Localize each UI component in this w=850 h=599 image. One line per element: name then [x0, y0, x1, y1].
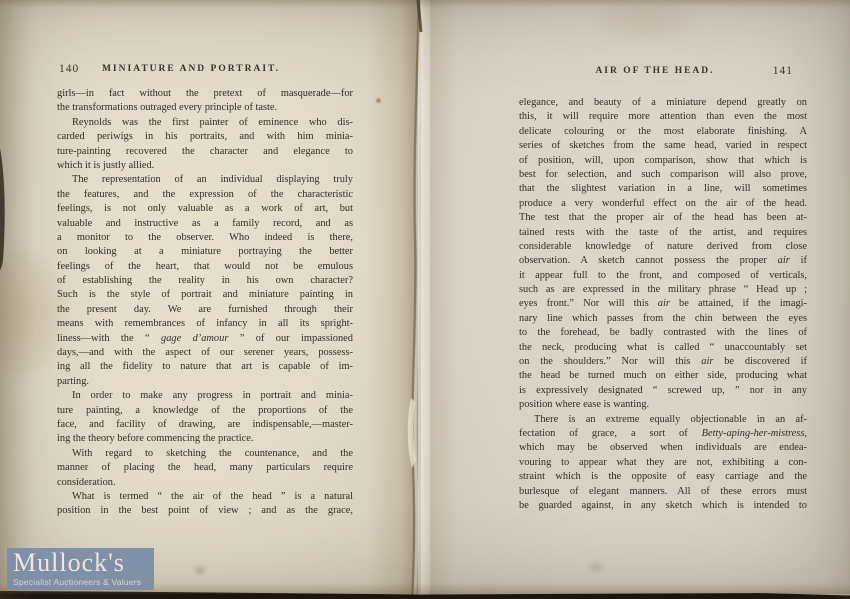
- text-line: nary line which passes from the chin bet…: [519, 312, 807, 326]
- text-line: means with remembrances of infancy in al…: [57, 317, 353, 331]
- text-line: position where ease is wanting.: [519, 398, 807, 412]
- text-line: to the forehead, be badly contrasted wit…: [519, 326, 807, 340]
- text-line: In order to make any progress in portrai…: [57, 389, 353, 403]
- text-line: ture painting, a knowledge of the propor…: [57, 404, 353, 418]
- text-line: parting.: [57, 375, 353, 389]
- text-line: this, it will require more attention tha…: [519, 110, 807, 124]
- text-block-left: girls—in fact without the pretext of mas…: [57, 87, 353, 519]
- text-line: What is termed “ the air of the head ” i…: [57, 490, 353, 504]
- edge-shade-left: [0, 0, 34, 599]
- text-line: straint which is the opposite of easy ca…: [519, 470, 807, 484]
- text-line: consideration.: [57, 476, 353, 490]
- running-head-right: AIR OF THE HEAD. 141: [519, 66, 807, 76]
- text-line: Such is the style of portrait and miniat…: [57, 288, 353, 302]
- text-line: ing the theory before commencing the pra…: [57, 432, 353, 446]
- text-line: The representation of an individual disp…: [57, 173, 353, 187]
- watermark-subtitle: Specialist Auctioneers & Valuers: [13, 577, 154, 587]
- running-title-left: MINIATURE AND PORTRAIT.: [102, 64, 280, 74]
- text-line: of position, will, upon comparison, show…: [519, 154, 807, 168]
- page-right: AIR OF THE HEAD. 141 elegance, and beaut…: [416, 0, 850, 599]
- text-line: The test that the proper air of the head…: [519, 211, 807, 225]
- text-line: days,—and with the aspect of our serener…: [57, 346, 353, 360]
- text-line: girls—in fact without the pretext of mas…: [57, 87, 353, 101]
- text-line: the neck, producing what is called “ una…: [519, 341, 807, 355]
- book-photo: 140 MINIATURE AND PORTRAIT. girls—in fac…: [0, 0, 850, 599]
- text-line: ture-painting recovered the character an…: [57, 145, 353, 159]
- text-line: observation. A sketch cannot possess the…: [519, 254, 807, 268]
- text-line: manner of placing the head, many particu…: [57, 461, 353, 475]
- text-line: considerable knowledge of nature derived…: [519, 240, 807, 254]
- text-line: feelings, is not only valuable as a work…: [57, 202, 353, 216]
- edge-shade-top: [0, 0, 850, 8]
- text-line: carded periwigs in his portraits, and wi…: [57, 130, 353, 144]
- book-gutter-shadow: [366, 0, 418, 599]
- text-line: position in the best point of view ; and…: [57, 504, 353, 518]
- text-line: burlesque of elegant manners. All of the…: [519, 485, 807, 499]
- text-line: Reynolds was the first painter of eminen…: [57, 116, 353, 130]
- text-block-right: elegance, and beauty of a miniature depe…: [519, 96, 807, 513]
- text-line: feelings of the heart, that would not be…: [57, 260, 353, 274]
- text-line: on the shoulders.” Nor will this air be …: [519, 355, 807, 369]
- page-number-left: 140: [59, 63, 79, 75]
- text-line: that the slightest variation in a line, …: [519, 182, 807, 196]
- text-line: on looking at a miniature portraying the…: [57, 245, 353, 259]
- running-title-right: AIR OF THE HEAD.: [595, 66, 714, 76]
- text-line: ing all the fidelity to nature that art …: [57, 360, 353, 374]
- page-left: 140 MINIATURE AND PORTRAIT. girls—in fac…: [0, 0, 416, 599]
- page-number-right: 141: [773, 65, 793, 77]
- text-line: the transformations outraged every princ…: [57, 101, 353, 115]
- text-line: be guarded against, in any sketch which …: [519, 499, 807, 513]
- text-line: face, and facility of drawing, are indis…: [57, 418, 353, 432]
- auction-watermark: Mullock's Specialist Auctioneers & Value…: [7, 548, 154, 590]
- text-line: a monitor to the observer. Who indeed is…: [57, 231, 353, 245]
- text-line: it appear full to the front, and compose…: [519, 269, 807, 283]
- text-line: eyes front.” Nor will this air be attain…: [519, 297, 807, 311]
- text-line: series of sketches from the same head, v…: [519, 139, 807, 153]
- text-line: produce a very wonderful effect on the a…: [519, 197, 807, 211]
- running-head-left: 140 MINIATURE AND PORTRAIT.: [57, 64, 353, 74]
- text-line: tained rests with the taste of the artis…: [519, 226, 807, 240]
- watermark-title: Mullock's: [13, 549, 154, 576]
- text-line: With regard to sketching the countenance…: [57, 447, 353, 461]
- text-line: delicate colouring or the most elaborate…: [519, 125, 807, 139]
- text-line: vouring to appear what they are not, exh…: [519, 456, 807, 470]
- text-line: fectation of grace, a sort of Betty-apin…: [519, 427, 807, 441]
- text-line: liness—with the “ gage d’amour ” of our …: [57, 332, 353, 346]
- text-line: best for selection, and such comparison …: [519, 168, 807, 182]
- text-line: the head be turned much on either side, …: [519, 369, 807, 383]
- text-line: valuable and instructive as a family rec…: [57, 217, 353, 231]
- text-line: such as are expressed in the military ph…: [519, 283, 807, 297]
- text-line: There is an extreme equally objectionabl…: [519, 413, 807, 427]
- text-line: is expressively designated “ screwed up,…: [519, 384, 807, 398]
- text-line: the present day. We are furnished throug…: [57, 303, 353, 317]
- text-line: elegance, and beauty of a miniature depe…: [519, 96, 807, 110]
- text-line: which may be observed when individuals a…: [519, 441, 807, 455]
- text-line: the features, and the expression of the …: [57, 188, 353, 202]
- text-line: of establishing the reality in his own c…: [57, 274, 353, 288]
- book-gutter-shadow-right: [430, 0, 458, 599]
- text-line: which it is justly allied.: [57, 159, 353, 173]
